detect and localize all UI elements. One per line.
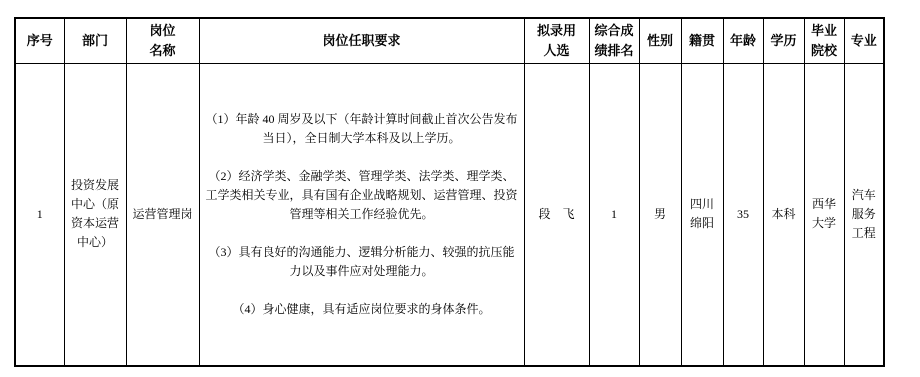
document-page: 序号 部门 岗位 名称 岗位任职要求 拟录用 人选 综合成 绩排名 性别 籍贯 … (0, 0, 920, 377)
col-header-candidate: 拟录用 人选 (524, 18, 589, 63)
cell-department: 投资发展 中心（原 资本运营 中心） (64, 63, 126, 366)
cell-gender: 男 (639, 63, 681, 366)
cell-school: 西华 大学 (804, 63, 844, 366)
cell-age: 35 (723, 63, 763, 366)
col-header-index: 序号 (15, 18, 64, 63)
requirement-item-4: （4）身心健康，具有适应岗位要求的身体条件。 (205, 300, 519, 319)
table-row: 1 投资发展 中心（原 资本运营 中心） 运营管理岗 （1）年龄 40 周岁及以… (15, 63, 884, 366)
recruitment-table: 序号 部门 岗位 名称 岗位任职要求 拟录用 人选 综合成 绩排名 性别 籍贯 … (14, 17, 885, 367)
requirement-item-3: （3）具有良好的沟通能力、逻辑分析能力、较强的抗压能力以及事件应对处理能力。 (205, 243, 519, 281)
requirement-item-1: （1）年龄 40 周岁及以下（年龄计算时间截止首次公告发布当日），全日制大学本科… (205, 110, 519, 148)
col-header-position: 岗位 名称 (126, 18, 199, 63)
cell-hometown: 四川 绵阳 (681, 63, 723, 366)
cell-candidate: 段 飞 (524, 63, 589, 366)
col-header-requirements: 岗位任职要求 (199, 18, 524, 63)
col-header-school: 毕业 院校 (804, 18, 844, 63)
cell-major: 汽车 服务 工程 (844, 63, 884, 366)
cell-rank: 1 (589, 63, 639, 366)
col-header-rank: 综合成 绩排名 (589, 18, 639, 63)
col-header-major: 专业 (844, 18, 884, 63)
cell-education: 本科 (763, 63, 804, 366)
col-header-age: 年龄 (723, 18, 763, 63)
cell-index: 1 (15, 63, 64, 366)
col-header-hometown: 籍贯 (681, 18, 723, 63)
col-header-education: 学历 (763, 18, 804, 63)
cell-position: 运营管理岗 (126, 63, 199, 366)
col-header-department: 部门 (64, 18, 126, 63)
header-row: 序号 部门 岗位 名称 岗位任职要求 拟录用 人选 综合成 绩排名 性别 籍贯 … (15, 18, 884, 63)
requirement-item-2: （2）经济学类、金融学类、管理学类、法学类、理学类、工学类相关专业，具有国有企业… (205, 167, 519, 224)
cell-requirements: （1）年龄 40 周岁及以下（年龄计算时间截止首次公告发布当日），全日制大学本科… (199, 63, 524, 366)
col-header-gender: 性别 (639, 18, 681, 63)
